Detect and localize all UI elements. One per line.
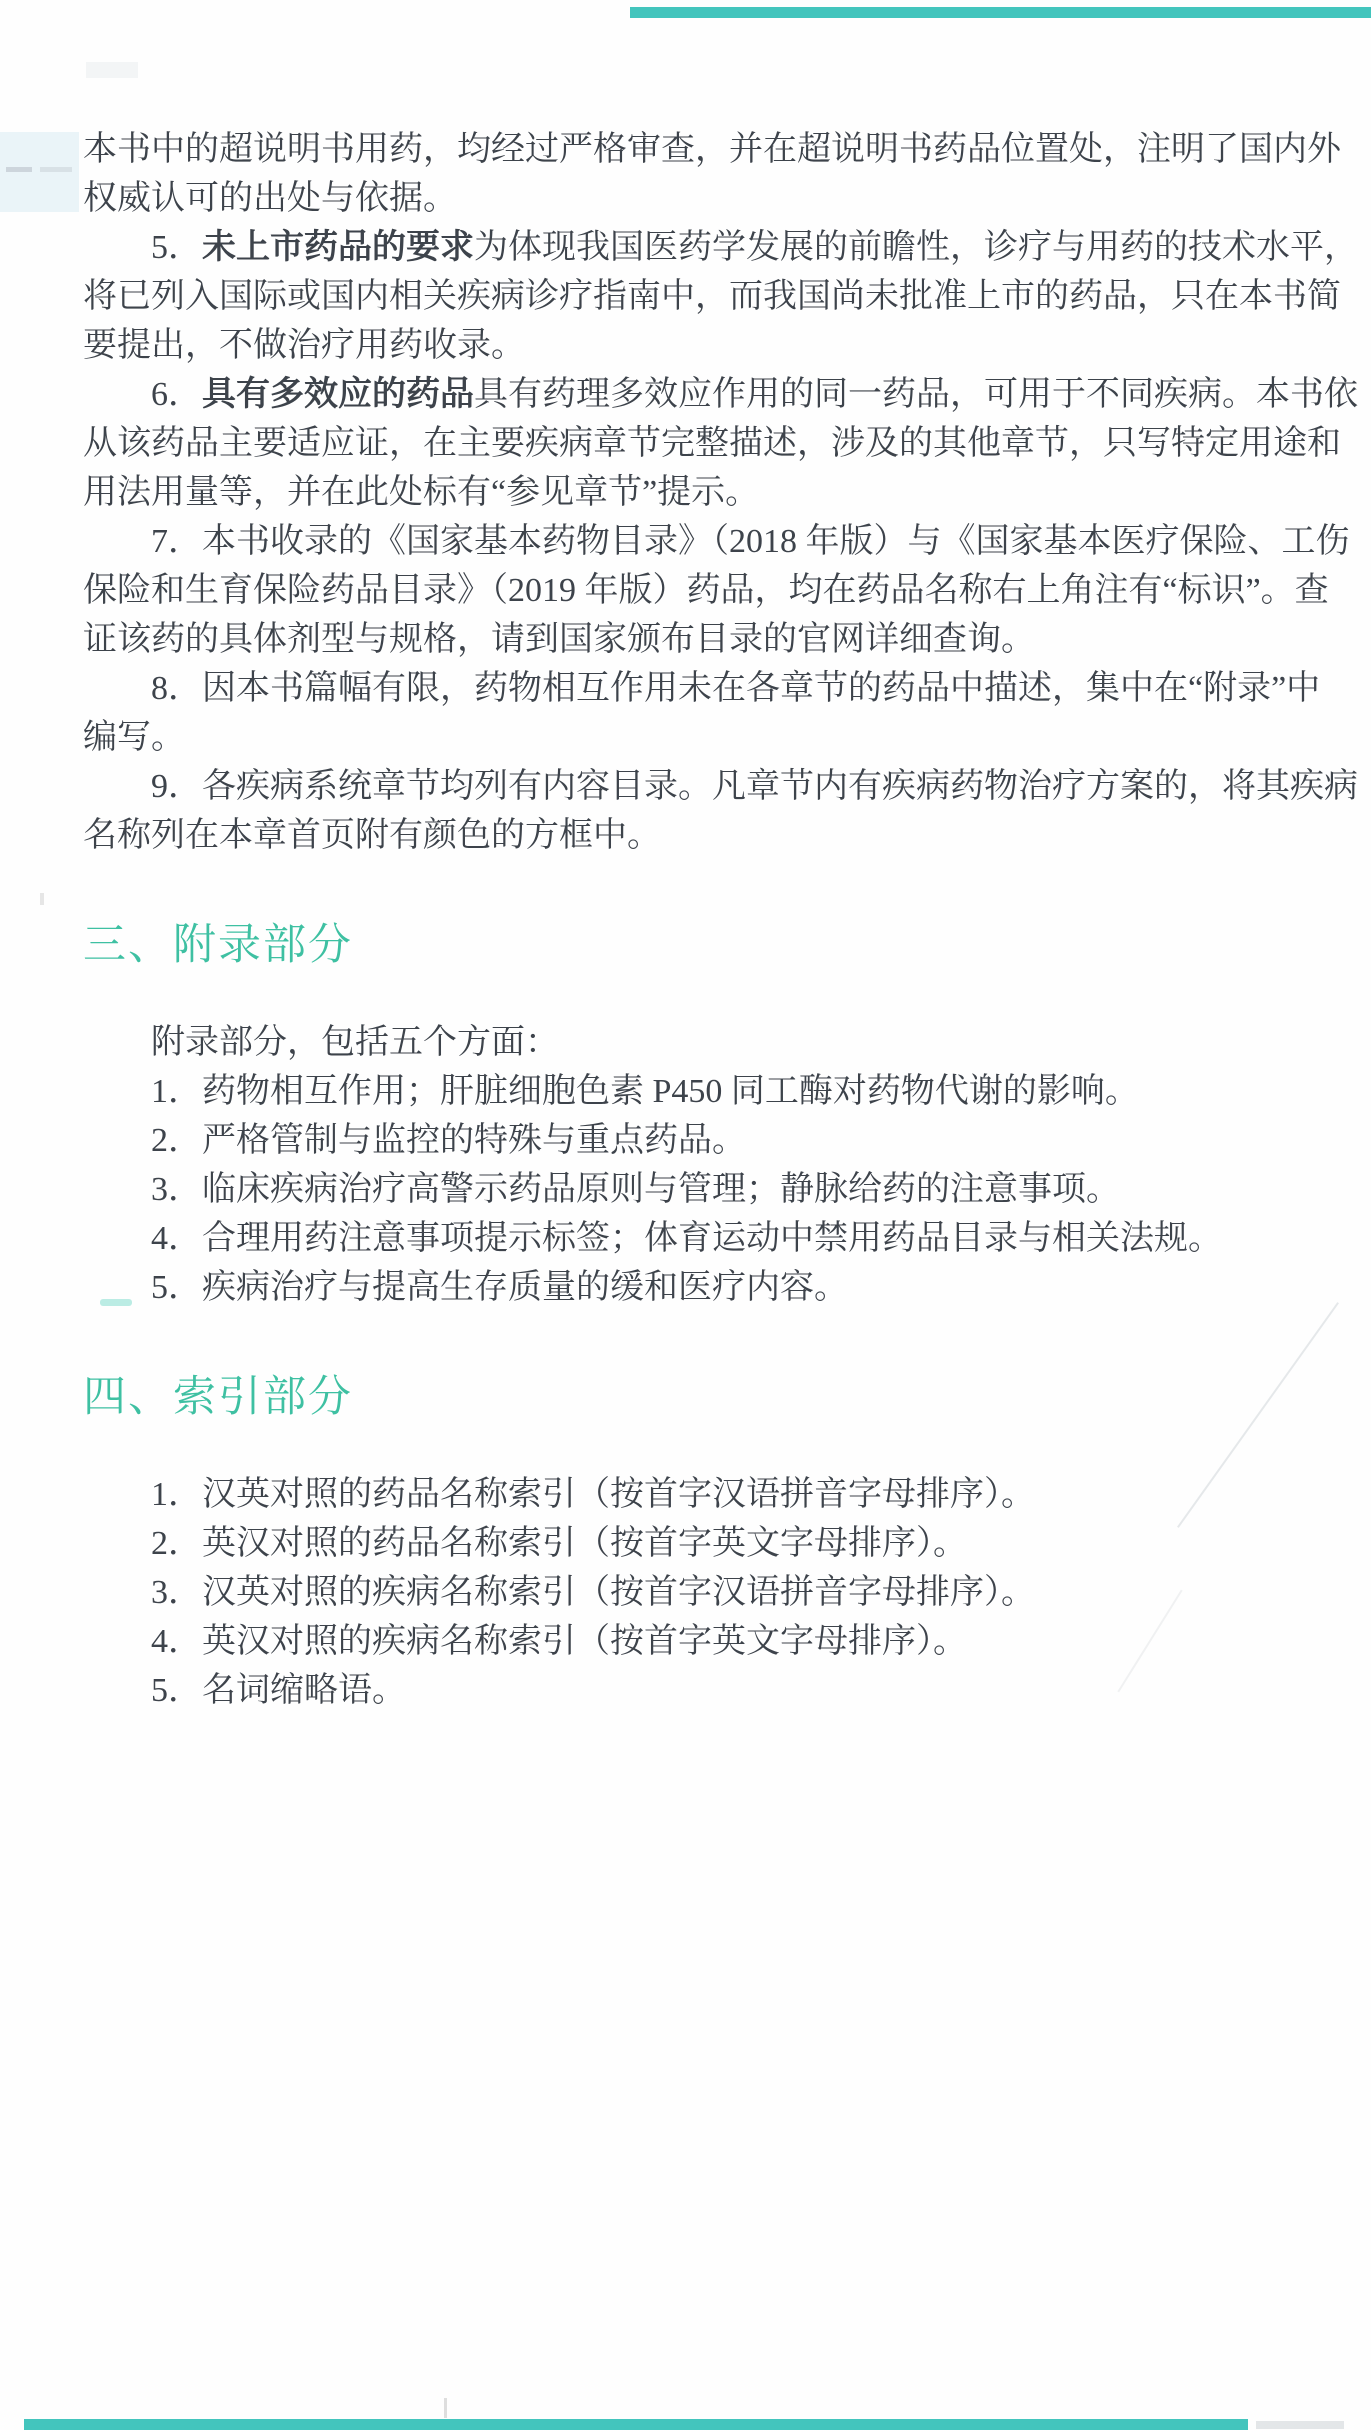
- index-list: 1．汉英对照的药品名称索引（按首字汉语拼音字母排序）。2．英汉对照的药品名称索引…: [83, 1470, 1302, 1715]
- scan-dash: [6, 167, 32, 172]
- text-run: 5．: [151, 229, 202, 266]
- paragraph: 7．本书收录的《国家基本药物目录》（2018 年版）与《国家基本医疗保险、工伤保…: [83, 517, 1302, 664]
- text-line: 名称列在本章首页附有颜色的方框中。: [83, 811, 1302, 860]
- text-line: 5．未上市药品的要求为体现我国医药学发展的前瞻性，诊疗与用药的技术水平，: [83, 223, 1302, 272]
- text-run: 将已列入国际或国内相关疾病诊疗指南中，而我国尚未批准上市的药品，只在本书简: [83, 278, 1341, 315]
- appendix-list: 附录部分，包括五个方面：1．药物相互作用；肝脏细胞色素 P450 同工酶对药物代…: [83, 1018, 1302, 1312]
- paragraph: 9．各疾病系统章节均列有内容目录。凡章节内有疾病药物治疗方案的，将其疾病名称列在…: [83, 762, 1302, 860]
- paragraph: 5．未上市药品的要求为体现我国医药学发展的前瞻性，诊疗与用药的技术水平，将已列入…: [83, 223, 1302, 370]
- text-run: 7．本书收录的《国家基本药物目录》（2018 年版）与《国家基本医疗保险、工伤: [151, 523, 1350, 560]
- text-line: 本书中的超说明书用药，均经过严格审查，并在超说明书药品位置处，注明了国内外: [83, 125, 1302, 174]
- text-line: 保险和生育保险药品目录》（2019 年版）药品，均在药品名称右上角注有“标识”。…: [83, 566, 1302, 615]
- text-run: 名称列在本章首页附有颜色的方框中。: [83, 817, 661, 854]
- text-line: 7．本书收录的《国家基本药物目录》（2018 年版）与《国家基本医疗保险、工伤: [83, 517, 1302, 566]
- text-run: 本书中的超说明书用药，均经过严格审查，并在超说明书药品位置处，注明了国内外: [83, 131, 1341, 168]
- text-line: 8．因本书篇幅有限，药物相互作用未在各章节的药品中描述，集中在“附录”中: [83, 664, 1302, 713]
- page-text: 本书中的超说明书用药，均经过严格审查，并在超说明书药品位置处，注明了国内外权威认…: [83, 125, 1302, 1715]
- scan-speck: [444, 2398, 447, 2418]
- text-line: 用法用量等，并在此处标有“参见章节”提示。: [83, 468, 1302, 517]
- list-item: 3．临床疾病治疗高警示药品原则与管理；静脉给药的注意事项。: [83, 1165, 1302, 1214]
- list-item: 4．英汉对照的疾病名称索引（按首字英文字母排序）。: [83, 1617, 1302, 1666]
- text-run: 用法用量等，并在此处标有“参见章节”提示。: [83, 474, 759, 511]
- top-edge-accent-bar: [630, 7, 1371, 18]
- paragraph: 8．因本书篇幅有限，药物相互作用未在各章节的药品中描述，集中在“附录”中编写。: [83, 664, 1302, 762]
- text-run: 从该药品主要适应证，在主要疾病章节完整描述，涉及的其他章节，只写特定用途和: [83, 425, 1341, 462]
- text-line: 编写。: [83, 713, 1302, 762]
- text-run: 具有药理多效应作用的同一药品，可用于不同疾病。本书依: [474, 376, 1358, 413]
- text-line: 从该药品主要适应证，在主要疾病章节完整描述，涉及的其他章节，只写特定用途和: [83, 419, 1302, 468]
- text-run: 要提出，不做治疗用药收录。: [83, 327, 525, 364]
- list-item: 1．汉英对照的药品名称索引（按首字汉语拼音字母排序）。: [83, 1470, 1302, 1519]
- text-run: 保险和生育保险药品目录》（2019 年版）药品，均在药品名称右上角注有“标识”。…: [83, 572, 1329, 609]
- paragraph: 6．具有多效应的药品具有药理多效应作用的同一药品，可用于不同疾病。本书依从该药品…: [83, 370, 1302, 517]
- text-run: 为体现我国医药学发展的前瞻性，诊疗与用药的技术水平，: [474, 229, 1358, 266]
- text-line: 将已列入国际或国内相关疾病诊疗指南中，而我国尚未批准上市的药品，只在本书简: [83, 272, 1302, 321]
- text-run: 权威认可的出处与依据。: [83, 180, 457, 217]
- scan-speck: [86, 62, 138, 78]
- text-run: 6．: [151, 376, 202, 413]
- scanned-book-page: { "page": { "description_title": "书籍前言扫描…: [0, 0, 1371, 2430]
- text-line: 要提出，不做治疗用药收录。: [83, 321, 1302, 370]
- bold-term: 未上市药品的要求: [202, 229, 474, 266]
- scan-speck: [40, 893, 44, 905]
- text-run: 证该药的具体剂型与规格，请到国家颁布目录的官网详细查询。: [83, 621, 1035, 658]
- list-item: 3．汉英对照的疾病名称索引（按首字汉语拼音字母排序）。: [83, 1568, 1302, 1617]
- text-line: 权威认可的出处与依据。: [83, 174, 1302, 223]
- bottom-edge-gray-mark: [1256, 2421, 1344, 2429]
- text-line: 6．具有多效应的药品具有药理多效应作用的同一药品，可用于不同疾病。本书依: [83, 370, 1302, 419]
- index-section-heading: 四、索引部分: [83, 1370, 1302, 1424]
- bottom-edge-accent-bar: [24, 2419, 1248, 2430]
- paragraph: 本书中的超说明书用药，均经过严格审查，并在超说明书药品位置处，注明了国内外权威认…: [83, 125, 1302, 223]
- list-item: 2．严格管制与监控的特殊与重点药品。: [83, 1116, 1302, 1165]
- list-item: 5．名词缩略语。: [83, 1666, 1302, 1715]
- list-item: 4．合理用药注意事项提示标签；体育运动中禁用药品目录与相关法规。: [83, 1214, 1302, 1263]
- list-item: 附录部分，包括五个方面：: [83, 1018, 1302, 1067]
- bold-term: 具有多效应的药品: [202, 376, 474, 413]
- text-run: 9．各疾病系统章节均列有内容目录。凡章节内有疾病药物治疗方案的，将其疾病: [151, 768, 1358, 805]
- list-item: 2．英汉对照的药品名称索引（按首字英文字母排序）。: [83, 1519, 1302, 1568]
- appendix-section-heading: 三、附录部分: [83, 918, 1302, 972]
- text-run: 8．因本书篇幅有限，药物相互作用未在各章节的药品中描述，集中在“附录”中: [151, 670, 1320, 707]
- left-margin-scan-patch: [0, 132, 79, 212]
- list-item: 5．疾病治疗与提高生存质量的缓和医疗内容。: [83, 1263, 1302, 1312]
- text-line: 9．各疾病系统章节均列有内容目录。凡章节内有疾病药物治疗方案的，将其疾病: [83, 762, 1302, 811]
- scan-dash: [40, 167, 72, 172]
- text-line: 证该药的具体剂型与规格，请到国家颁布目录的官网详细查询。: [83, 615, 1302, 664]
- list-item: 1．药物相互作用；肝脏细胞色素 P450 同工酶对药物代谢的影响。: [83, 1067, 1302, 1116]
- text-run: 编写。: [83, 719, 185, 756]
